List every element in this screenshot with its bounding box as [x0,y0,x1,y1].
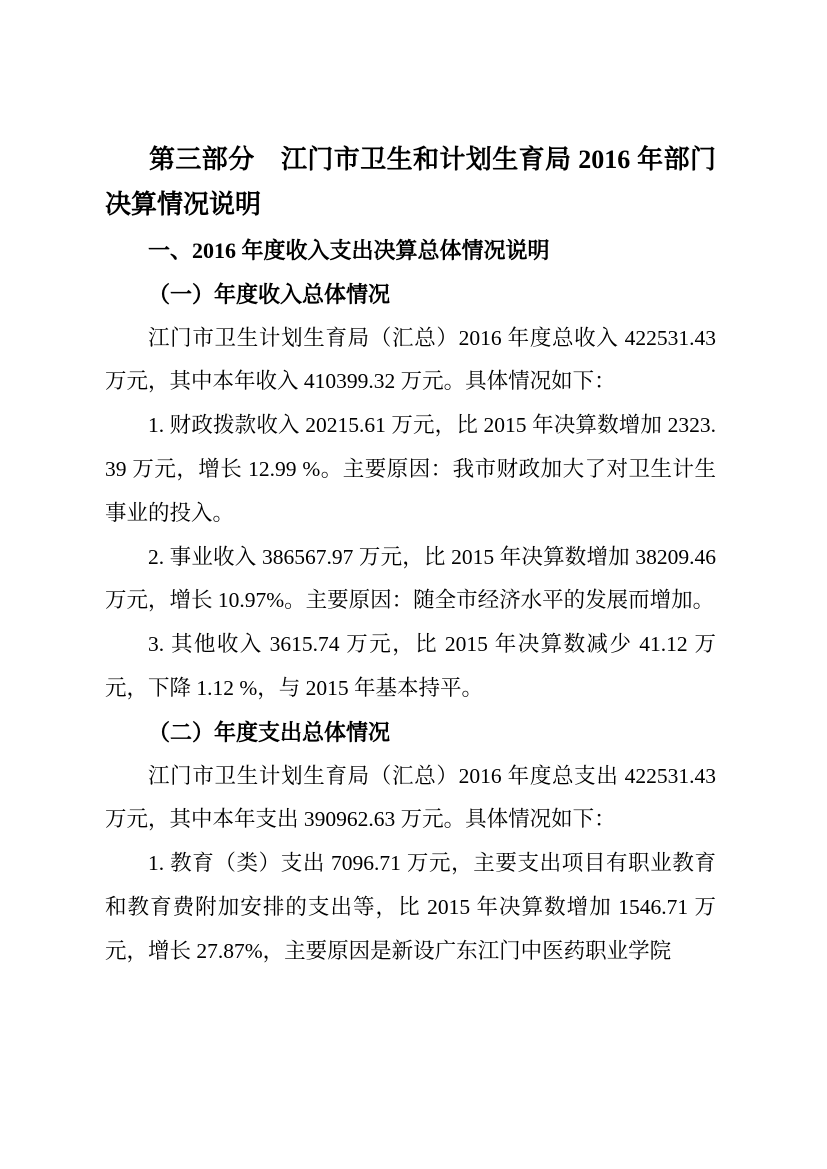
para-total-income: 江门市卫生计划生育局（汇总）2016 年度总收入 422531.43 万元，其中… [105,317,716,405]
para-operating-income: 2. 事业收入 386567.97 万元，比 2015 年决算数增加 38209… [105,536,716,624]
section-heading-income-expense-overview: 一、2016 年度收入支出决算总体情况说明 [105,229,716,273]
para-fiscal-allocation-income: 1. 财政拨款收入 20215.61 万元，比 2015 年决算数增加 2323… [105,404,716,535]
document-content: 第三部分 江门市卫生和计划生育局 2016 年部门决算情况说明 一、2016 年… [0,0,827,974]
para-total-expenditure: 江门市卫生计划生育局（汇总）2016 年度总支出 422531.43 万元，其中… [105,755,716,843]
document-title: 第三部分 江门市卫生和计划生育局 2016 年部门决算情况说明 [105,137,716,227]
document-page: 第三部分 江门市卫生和计划生育局 2016 年部门决算情况说明 一、2016 年… [0,0,827,1169]
subsection-heading-annual-income: （一）年度收入总体情况 [105,273,716,317]
para-education-expenditure: 1. 教育（类）支出 7096.71 万元，主要支出项目有职业教育和教育费附加安… [105,842,716,973]
subsection-heading-annual-expenditure: （二）年度支出总体情况 [105,711,716,755]
para-other-income: 3. 其他收入 3615.74 万元，比 2015 年决算数减少 41.12 万… [105,623,716,711]
